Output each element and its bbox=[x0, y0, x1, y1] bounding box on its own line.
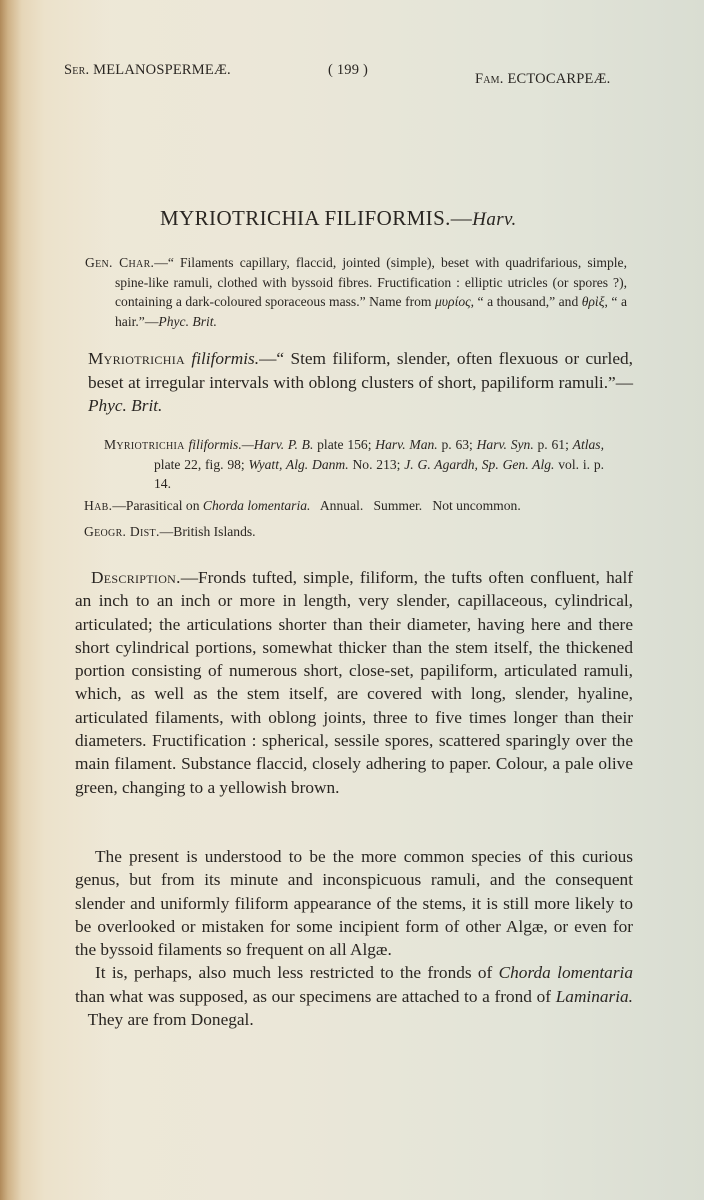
species-diagnosis: Myriotrichia filiformis.—“ Stem filiform… bbox=[88, 347, 633, 418]
page-number: ( 199 ) bbox=[328, 62, 368, 79]
running-head: Ser. MELANOSPERMEÆ. ( 199 ) Fam. ECTOCAR… bbox=[0, 58, 704, 82]
habitat: Hab.—Parasitical on Chorda lomentaria. A… bbox=[84, 498, 624, 514]
geographic-distribution: Geogr. Dist.—British Islands. bbox=[84, 524, 624, 540]
species-title: MYRIOTRICHIA FILIFORMIS.—Harv. bbox=[0, 206, 704, 231]
remarks-paragraph-2: It is, perhaps, also much less restricte… bbox=[75, 961, 633, 1031]
greek-word: μυρίος bbox=[435, 294, 471, 309]
description: Description.—Fronds tufted, simple, fili… bbox=[75, 566, 633, 799]
synonymy: Myriotrichia filiformis.—Harv. P. B. pla… bbox=[104, 435, 604, 494]
book-page: Ser. MELANOSPERMEÆ. ( 199 ) Fam. ECTOCAR… bbox=[0, 0, 704, 1200]
greek-word: θρὶξ bbox=[582, 294, 605, 309]
running-head-series: Ser. MELANOSPERMEÆ. bbox=[64, 62, 231, 79]
generic-character: Gen. Char.—“ Filaments capillary, flacci… bbox=[85, 253, 627, 331]
gen-char-label: Gen. Char. bbox=[85, 255, 154, 270]
remarks-paragraph-1: The present is understood to be the more… bbox=[75, 845, 633, 961]
remarks: The present is understood to be the more… bbox=[75, 845, 633, 1031]
running-head-family: Fam. ECTOCARPEÆ. bbox=[475, 71, 611, 88]
